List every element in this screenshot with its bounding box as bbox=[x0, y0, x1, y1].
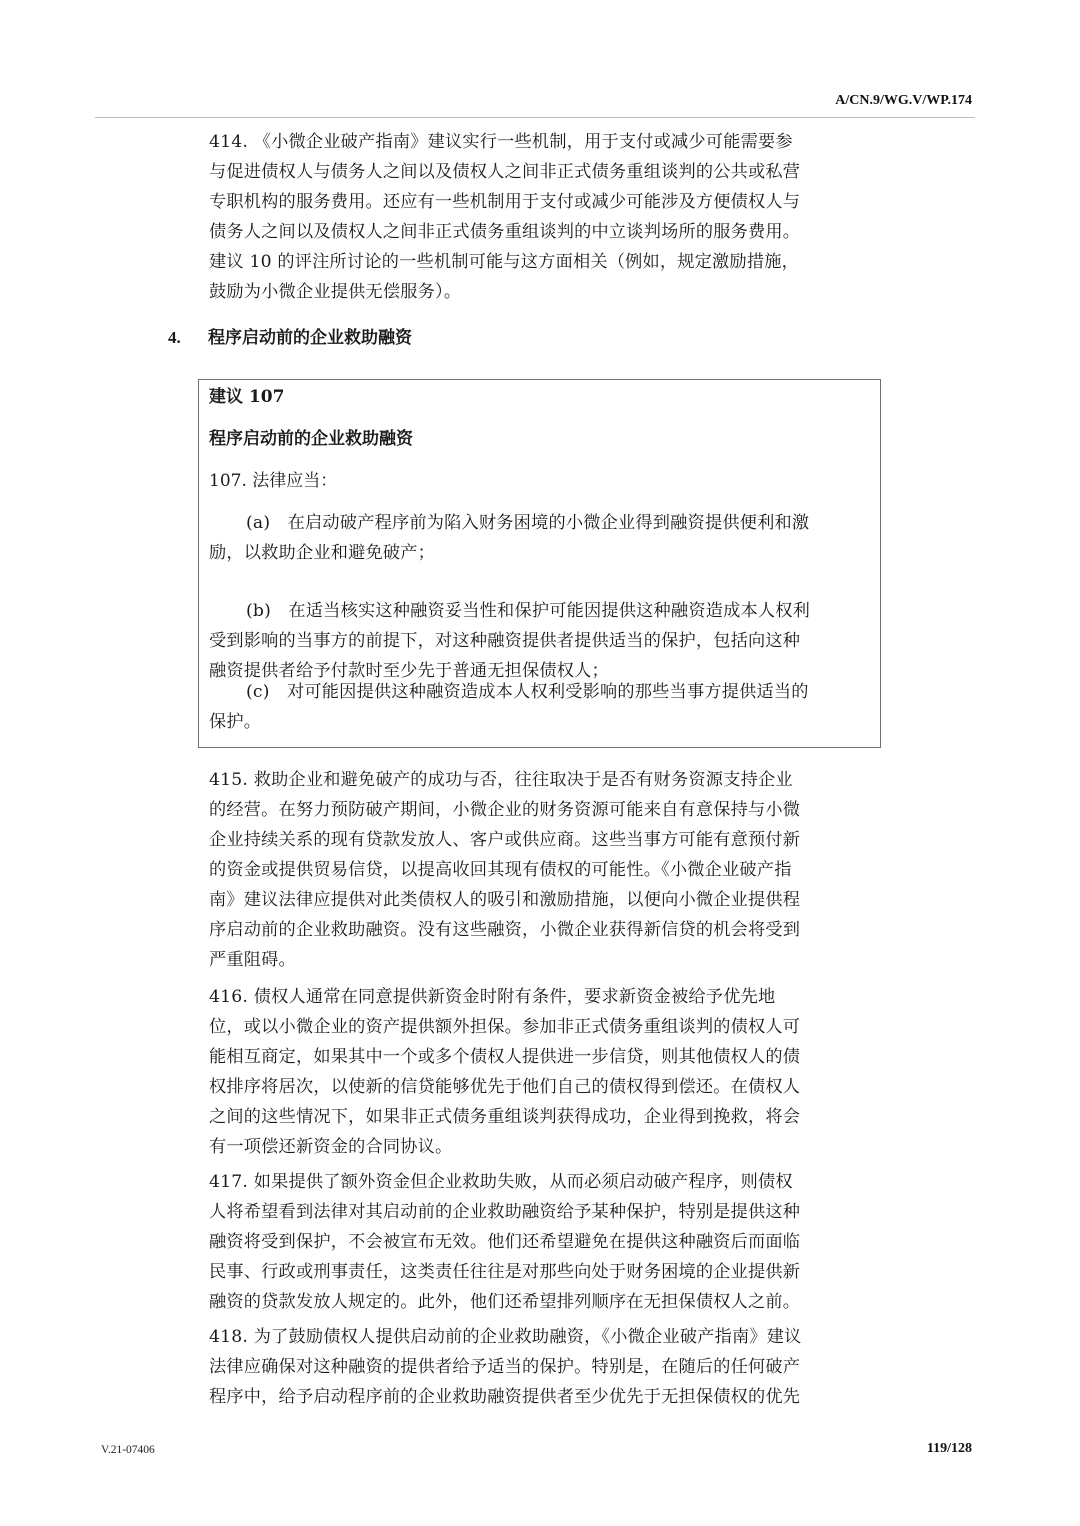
paragraph-line: 法律应确保对这种融资的提供者给予适当的保护。特别是，在随后的任何破产 bbox=[209, 1352, 873, 1382]
paragraph-line: 人将希望看到法律对其启动前的企业救助融资给予某种保护，特别是提供这种 bbox=[209, 1197, 873, 1227]
recommendation-item-b: (b) 在适当核实这种融资妥当性和保护可能因提供这种融资造成本人权利 受到影响的… bbox=[209, 596, 873, 686]
section-heading: 4.程序启动前的企业救助融资 bbox=[168, 324, 412, 352]
paragraph-line: 的经营。在努力预防破产期间，小微企业的财务资源可能来自有意保持与小微 bbox=[209, 795, 873, 825]
page-number: 119/128 bbox=[927, 1441, 972, 1457]
section-title: 程序启动前的企业救助融资 bbox=[208, 328, 412, 348]
item-line: (a) 在启动破产程序前为陷入财务困境的小微企业得到融资提供便利和激 bbox=[209, 508, 873, 538]
recommendation-title: 建议 107 bbox=[209, 383, 284, 411]
paragraph-line: 严重阻碍。 bbox=[209, 945, 873, 975]
paragraph-418: 418. 为了鼓励债权人提供启动前的企业救助融资，《小微企业破产指南》建议 法律… bbox=[209, 1322, 873, 1412]
recommendation-item-a: (a) 在启动破产程序前为陷入财务困境的小微企业得到融资提供便利和激 励，以救助… bbox=[209, 508, 873, 568]
paragraph-line: 的资金或提供贸易信贷，以提高收回其现有债权的可能性。《小微企业破产指 bbox=[209, 855, 873, 885]
paragraph-line: 企业持续关系的现有贷款发放人、客户或供应商。这些当事方可能有意预付新 bbox=[209, 825, 873, 855]
paragraph-line: 程序中，给予启动程序前的企业救助融资提供者至少优先于无担保债权的优先 bbox=[209, 1382, 873, 1412]
paragraph-line: 之间的这些情况下，如果非正式债务重组谈判获得成功，企业得到挽救，将会 bbox=[209, 1102, 873, 1132]
item-line: 受到影响的当事方的前提下，对这种融资提供者提供适当的保护，包括向这种 bbox=[209, 626, 873, 656]
paragraph-line: 位，或以小微企业的资产提供额外担保。参加非正式债务重组谈判的债权人可 bbox=[209, 1012, 873, 1042]
paragraph-line: 417. 如果提供了额外资金但企业救助失败，从而必须启动破产程序，则债权 bbox=[209, 1167, 873, 1197]
paragraph-line: 有一项偿还新资金的合同协议。 bbox=[209, 1132, 873, 1162]
paragraph-line: 与促进债权人与债务人之间以及债权人之间非正式债务重组谈判的公共或私营 bbox=[209, 157, 873, 187]
paragraph-line: 融资将受到保护，不会被宣布无效。他们还希望避免在提供这种融资后而面临 bbox=[209, 1227, 873, 1257]
paragraph-line: 鼓励为小微企业提供无偿服务）。 bbox=[209, 277, 873, 307]
recommendation-item-c: (c) 对可能因提供这种融资造成本人权利受影响的那些当事方提供适当的 保护。 bbox=[209, 677, 873, 737]
paragraph-line: 建议 10 的评注所讨论的一些机制可能与这方面相关（例如，规定激励措施， bbox=[209, 247, 873, 277]
recommendation-lead: 107. 法律应当： bbox=[209, 467, 337, 495]
paragraph-line: 能相互商定，如果其中一个或多个债权人提供进一步信贷，则其他债权人的债 bbox=[209, 1042, 873, 1072]
paragraph-line: 民事、行政或刑事责任，这类责任往往是对那些向处于财务困境的企业提供新 bbox=[209, 1257, 873, 1287]
item-line: (b) 在适当核实这种融资妥当性和保护可能因提供这种融资造成本人权利 bbox=[209, 596, 873, 626]
section-number: 4. bbox=[168, 324, 208, 352]
item-line: 保护。 bbox=[209, 707, 873, 737]
paragraph-line: 权排序将居次，以使新的信贷能够优先于他们自己的债权得到偿还。在债权人 bbox=[209, 1072, 873, 1102]
paragraph-line: 414. 《小微企业破产指南》建议实行一些机制，用于支付或减少可能需要参 bbox=[209, 127, 873, 157]
header-divider bbox=[95, 117, 975, 118]
paragraph-line: 415. 救助企业和避免破产的成功与否，往往取决于是否有财务资源支持企业 bbox=[209, 765, 873, 795]
document-symbol: A/CN.9/WG.V/WP.174 bbox=[835, 93, 972, 109]
paragraph-line: 418. 为了鼓励债权人提供启动前的企业救助融资，《小微企业破产指南》建议 bbox=[209, 1322, 873, 1352]
paragraph-416: 416. 债权人通常在同意提供新资金时附有条件，要求新资金被给予优先地 位，或以… bbox=[209, 982, 873, 1162]
paragraph-415: 415. 救助企业和避免破产的成功与否，往往取决于是否有财务资源支持企业 的经营… bbox=[209, 765, 873, 975]
paragraph-line: 416. 债权人通常在同意提供新资金时附有条件，要求新资金被给予优先地 bbox=[209, 982, 873, 1012]
job-number: V.21-07406 bbox=[101, 1444, 155, 1456]
paragraph-line: 融资的贷款发放人规定的。此外，他们还希望排列顺序在无担保债权人之前。 bbox=[209, 1287, 873, 1317]
paragraph-line: 专职机构的服务费用。还应有一些机制用于支付或减少可能涉及方便债权人与 bbox=[209, 187, 873, 217]
paragraph-line: 南》建议法律应提供对此类债权人的吸引和激励措施，以便向小微企业提供程 bbox=[209, 885, 873, 915]
item-line: 励，以救助企业和避免破产； bbox=[209, 538, 873, 568]
item-line: (c) 对可能因提供这种融资造成本人权利受影响的那些当事方提供适当的 bbox=[209, 677, 873, 707]
paragraph-414: 414. 《小微企业破产指南》建议实行一些机制，用于支付或减少可能需要参 与促进… bbox=[209, 127, 873, 307]
paragraph-line: 债务人之间以及债权人之间非正式债务重组谈判的中立谈判场所的服务费用。 bbox=[209, 217, 873, 247]
recommendation-subtitle: 程序启动前的企业救助融资 bbox=[209, 425, 413, 453]
paragraph-417: 417. 如果提供了额外资金但企业救助失败，从而必须启动破产程序，则债权 人将希… bbox=[209, 1167, 873, 1317]
paragraph-line: 序启动前的企业救助融资。没有这些融资，小微企业获得新信贷的机会将受到 bbox=[209, 915, 873, 945]
